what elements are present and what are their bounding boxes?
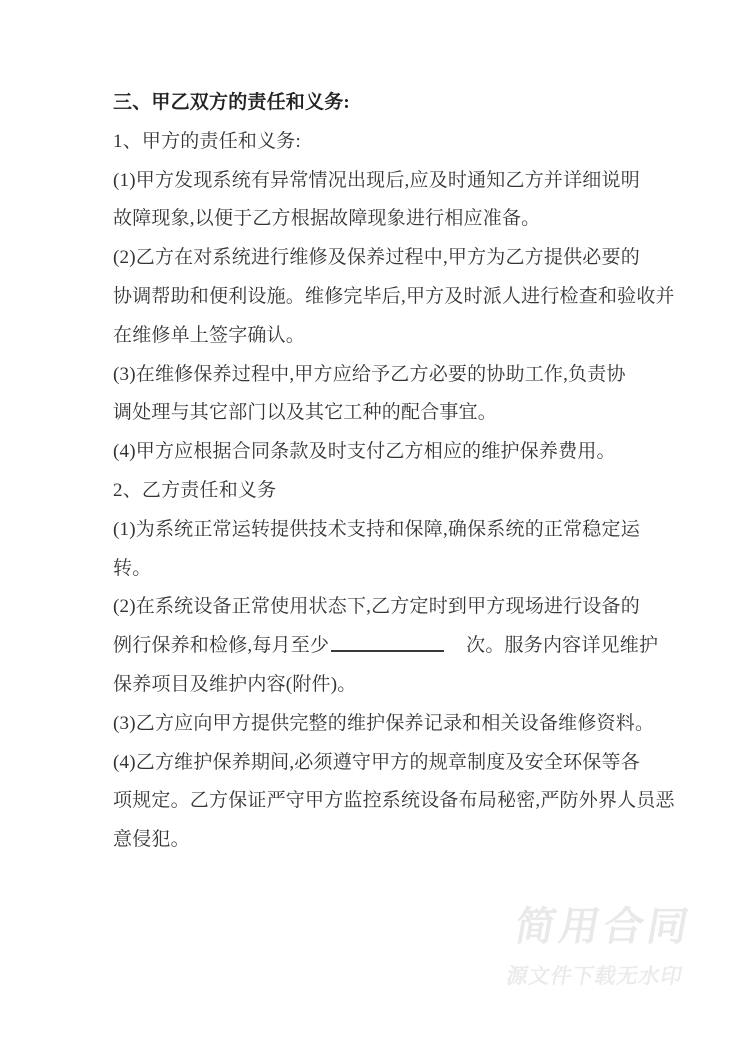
watermark-title: 简用合同 [512, 905, 696, 949]
text-line: 1、甲方的责任和义务: [113, 123, 643, 162]
text-line: (4)甲方应根据合同条款及时支付乙方相应的维护保养费用。 [113, 433, 643, 472]
section-heading: 三、甲乙双方的责任和义务: [113, 84, 643, 123]
blank-underline [331, 650, 444, 652]
text-line: (1)为系统正常运转提供技术支持和保障,确保系统的正常稳定运 [113, 511, 643, 550]
text-line: 2、乙方责任和义务 [113, 472, 643, 511]
text-line: (2)在系统设备正常使用状态下,乙方定时到甲方现场进行设备的 [113, 588, 643, 627]
text-line: (2)乙方在对系统进行维修及保养过程中,甲方为乙方提供必要的 [113, 239, 643, 278]
watermark: 简用合同 源文件下载无水印 [505, 905, 696, 989]
text-line: 保养项目及维护内容(附件)。 [113, 666, 643, 705]
text-line: (1)甲方发现系统有异常情况出现后,应及时通知乙方并详细说明 [113, 162, 643, 201]
text-line: (3)在维修保养过程中,甲方应给予乙方必要的协助工作,负责协 [113, 356, 643, 395]
text-line: 故障现象,以便于乙方根据故障现象进行相应准备。 [113, 200, 643, 239]
text-line: 协调帮助和便利设施。维修完毕后,甲方及时派人进行检查和验收并 [113, 278, 643, 317]
text-line: 意侵犯。 [113, 821, 643, 860]
contract-body: 三、甲乙双方的责任和义务: 1、甲方的责任和义务: (1)甲方发现系统有异常情况… [113, 84, 643, 860]
text-line: 项规定。乙方保证严守甲方监控系统设备布局秘密,严防外界人员恶 [113, 782, 643, 821]
document-page: 三、甲乙双方的责任和义务: 1、甲方的责任和义务: (1)甲方发现系统有异常情况… [0, 0, 742, 1049]
blank-line-pre-text: 例行保养和检修,每月至少 [113, 635, 329, 656]
text-line: (4)乙方维护保养期间,必须遵守甲方的规章制度及安全环保等各 [113, 744, 643, 783]
text-line-with-blank: 例行保养和检修,每月至少次。服务内容详见维护 [113, 627, 643, 666]
blank-line-post-text: 次。服务内容详见维护 [466, 635, 658, 656]
text-line: 转。 [113, 550, 643, 589]
text-line: (3)乙方应向甲方提供完整的维护保养记录和相关设备维修资料。 [113, 705, 643, 744]
text-line: 调处理与其它部门以及其它工种的配合事宜。 [113, 394, 643, 433]
watermark-subtitle: 源文件下载无水印 [505, 965, 685, 989]
text-line: 在维修单上签字确认。 [113, 317, 643, 356]
